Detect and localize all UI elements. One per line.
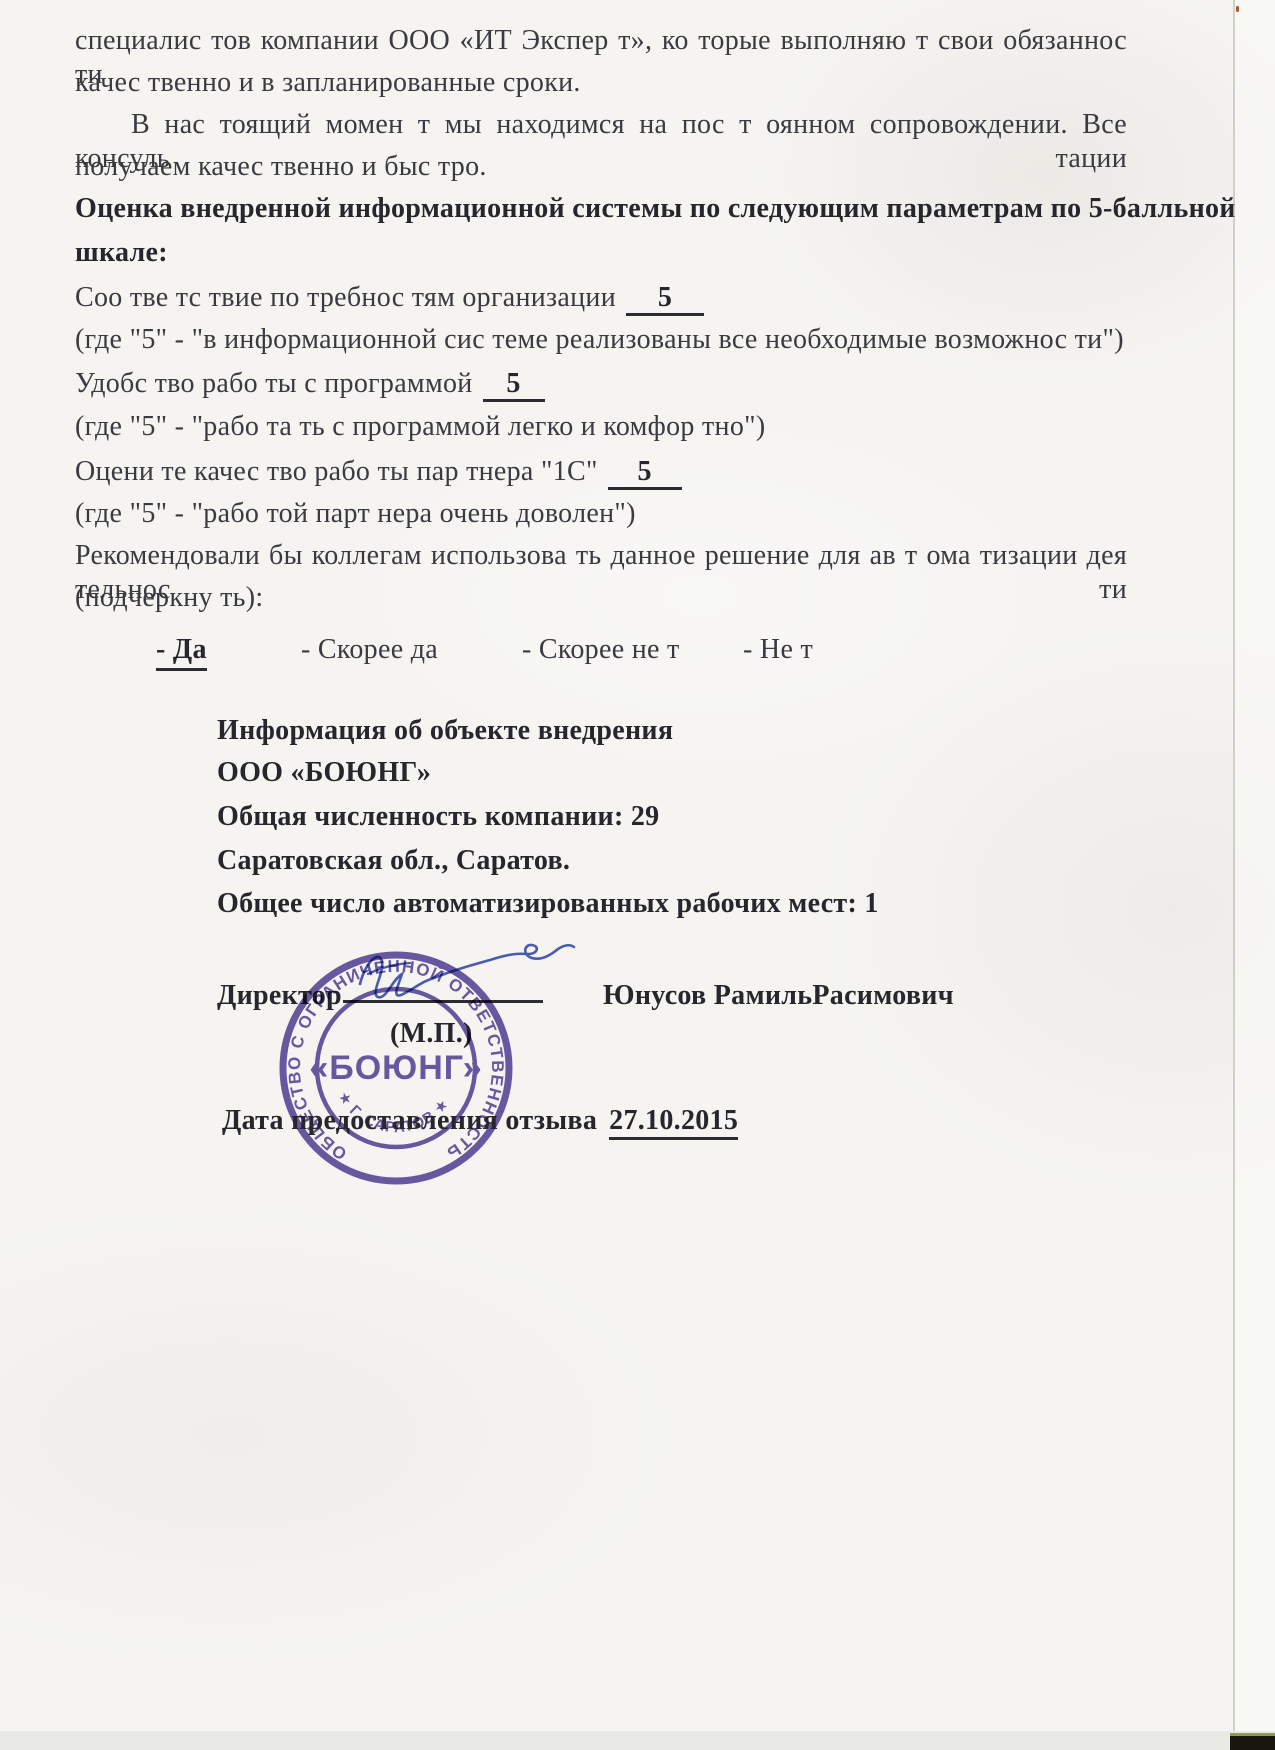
rating-q3-score: 5: [608, 457, 682, 490]
rating-q1-score: 5: [626, 283, 704, 316]
stamp-center-text: «БОЮНГ»: [309, 1049, 482, 1087]
rating-q1-row: Соо тве тс твие по требнос тям организац…: [75, 281, 704, 316]
paper-edge-line: [1233, 0, 1235, 1733]
rating-heading-line1: Оценка внедренной информационной системы…: [75, 192, 1236, 226]
option-rather-no: - Скорее не т: [522, 633, 680, 667]
paragraph1-line2: качес твенно и в запланированные сроки.: [75, 66, 581, 100]
rating-q1-label: Соо тве тс твие по требнос тям организац…: [75, 282, 616, 313]
option-rather-yes: - Скорее да: [301, 633, 438, 667]
paper-edge-strip: [1235, 0, 1275, 1733]
signature-stroke-main: [360, 945, 574, 997]
scanner-corner-mark: [1230, 1733, 1275, 1750]
scanned-document-page: специалис тов компании ООО «ИТ Экспер т»…: [0, 0, 1275, 1750]
info-title: Информация об объекте внедрения: [217, 714, 673, 748]
rating-q3-row: Оцени те качес тво рабо ты пар тнера "1С…: [75, 455, 682, 490]
date-label: Дата предоставления отзыва: [222, 1105, 597, 1136]
scanner-bottom-band: [0, 1731, 1275, 1750]
rating-heading-line2: шкале:: [75, 236, 168, 270]
option-no: - Не т: [743, 633, 813, 667]
rating-q2-row: Удобс тво рабо ты с программой5: [75, 367, 545, 402]
rating-q2-note: (где "5" - "рабо та ть с программой легк…: [75, 410, 765, 444]
rating-q2-score: 5: [483, 369, 545, 402]
rating-q3-label: Оцени те качес тво рабо ты пар тнера "1С…: [75, 456, 598, 487]
info-company: ООО «БОЮНГ»: [217, 756, 431, 790]
rating-q2-label: Удобс тво рабо ты с программой: [75, 368, 473, 399]
recommend-line2: (подчеркну ть):: [75, 581, 263, 615]
date-value: 27.10.2015: [609, 1105, 738, 1140]
paragraph2-line2: получаем качес твенно и быс тро.: [75, 150, 487, 184]
info-workplaces: Общее число автоматизированных рабочих м…: [217, 887, 879, 921]
director-name: Юнусов РамильРасимович: [603, 979, 954, 1013]
rating-q3-note: (где "5" - "рабо той парт нера очень дов…: [75, 497, 636, 531]
scan-speck: [1236, 6, 1239, 12]
info-headcount: Общая численность компании: 29: [217, 800, 659, 834]
signature-ink: [346, 932, 578, 1010]
rating-q1-note: (где "5" - "в информационной сис теме ре…: [75, 323, 1124, 357]
info-location: Саратовская обл., Саратов.: [217, 844, 570, 878]
date-row: Дата предоставления отзыва27.10.2015: [222, 1104, 738, 1138]
option-yes: - Да: [156, 633, 207, 671]
